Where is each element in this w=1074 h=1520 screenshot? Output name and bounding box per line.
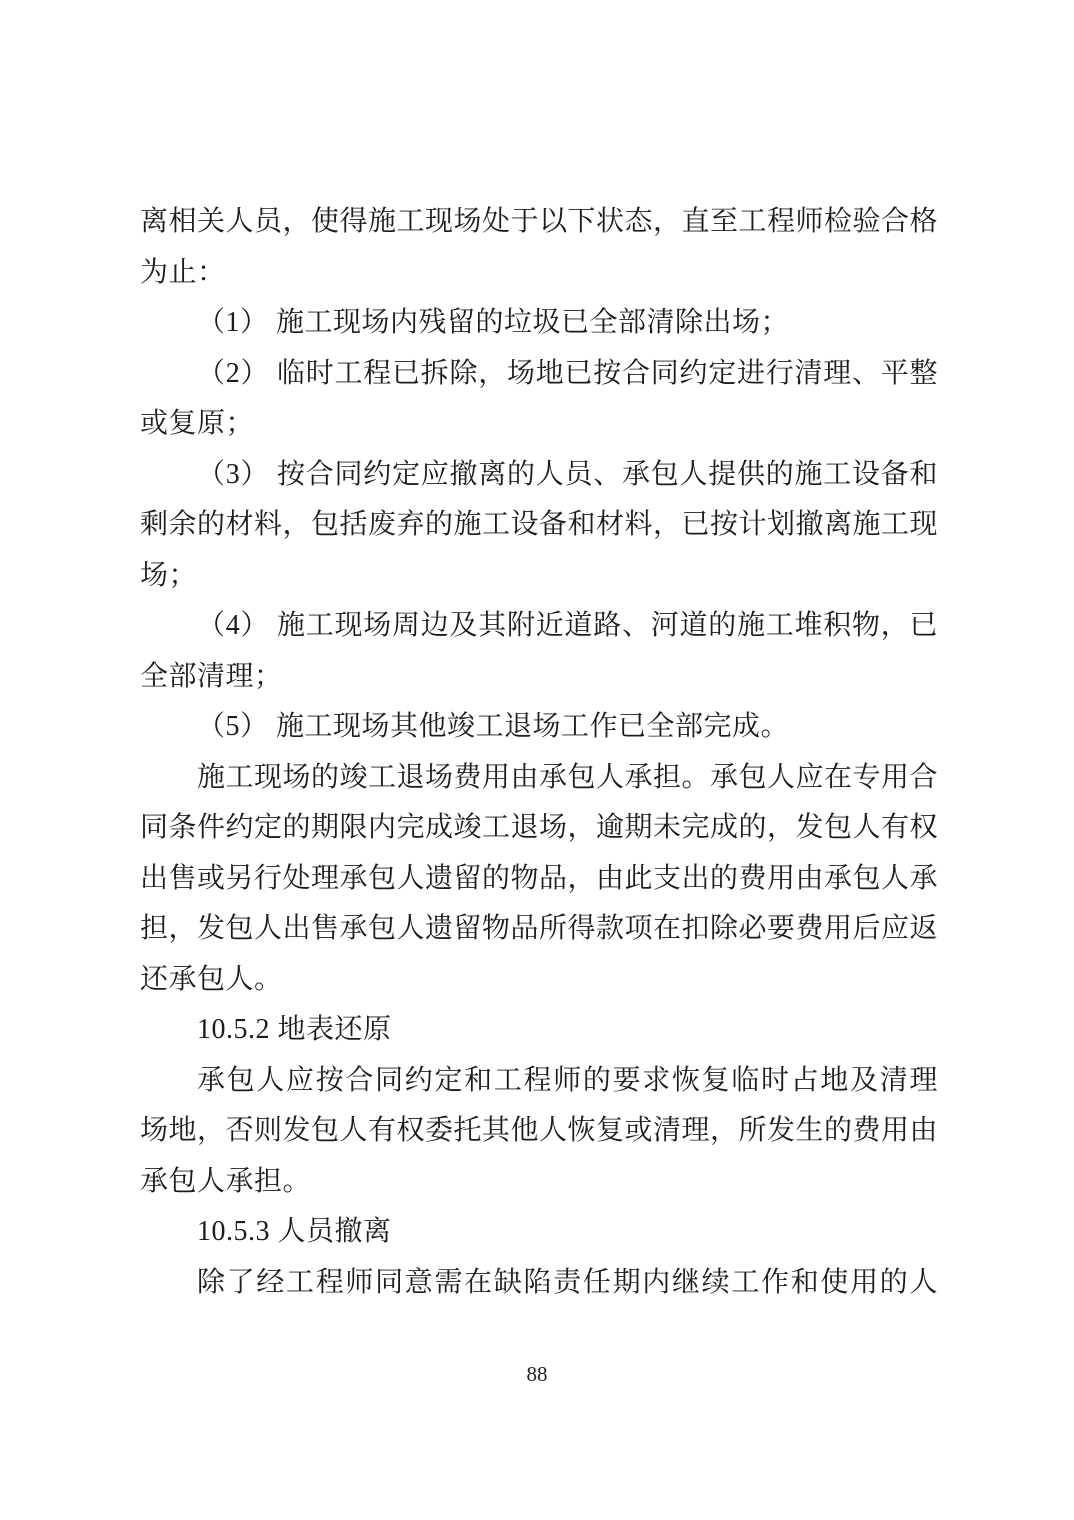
text-line: 同条件约定的期限内完成竣工退场，逾期未完成的，发包人有权: [140, 803, 938, 854]
text-line: 承包人承担。: [140, 1157, 938, 1208]
list-item: （3） 按合同约定应撤离的人员、承包人提供的施工设备和: [140, 450, 938, 501]
list-item: （5） 施工现场其他竣工退场工作已全部完成。: [140, 702, 938, 753]
text-line: 场；: [140, 551, 938, 602]
page-number: 88: [527, 1362, 548, 1387]
text-line: 场地，否则发包人有权委托其他人恢复或清理，所发生的费用由: [140, 1106, 938, 1157]
text-line: 离相关人员，使得施工现场处于以下状态，直至工程师检验合格: [140, 197, 938, 248]
text-line: 施工现场的竣工退场费用由承包人承担。承包人应在专用合: [140, 753, 938, 804]
text-line: 或复原；: [140, 399, 938, 450]
text-line: 还承包人。: [140, 955, 938, 1006]
list-item: （1） 施工现场内残留的垃圾已全部清除出场；: [140, 298, 938, 349]
text-line: 剩余的材料，包括废弃的施工设备和材料，已按计划撤离施工现: [140, 500, 938, 551]
text-line: 担，发包人出售承包人遗留物品所得款项在扣除必要费用后应返: [140, 904, 938, 955]
document-page: 离相关人员，使得施工现场处于以下状态，直至工程师检验合格 为止： （1） 施工现…: [0, 0, 1074, 1520]
section-heading: 10.5.2 地表还原: [140, 1005, 938, 1056]
list-item: （2） 临时工程已拆除，场地已按合同约定进行清理、平整: [140, 349, 938, 400]
text-line: 承包人应按合同约定和工程师的要求恢复临时占地及清理: [140, 1056, 938, 1107]
document-body: 离相关人员，使得施工现场处于以下状态，直至工程师检验合格 为止： （1） 施工现…: [140, 197, 938, 1308]
list-item: （4） 施工现场周边及其附近道路、河道的施工堆积物，已: [140, 601, 938, 652]
section-heading: 10.5.3 人员撤离: [140, 1207, 938, 1258]
text-line: 全部清理；: [140, 652, 938, 703]
page-footer: 88: [0, 1362, 1074, 1387]
text-line: 为止：: [140, 248, 938, 299]
text-line: 出售或另行处理承包人遗留的物品，由此支出的费用由承包人承: [140, 854, 938, 905]
text-line: 除了经工程师同意需在缺陷责任期内继续工作和使用的人: [140, 1258, 938, 1309]
